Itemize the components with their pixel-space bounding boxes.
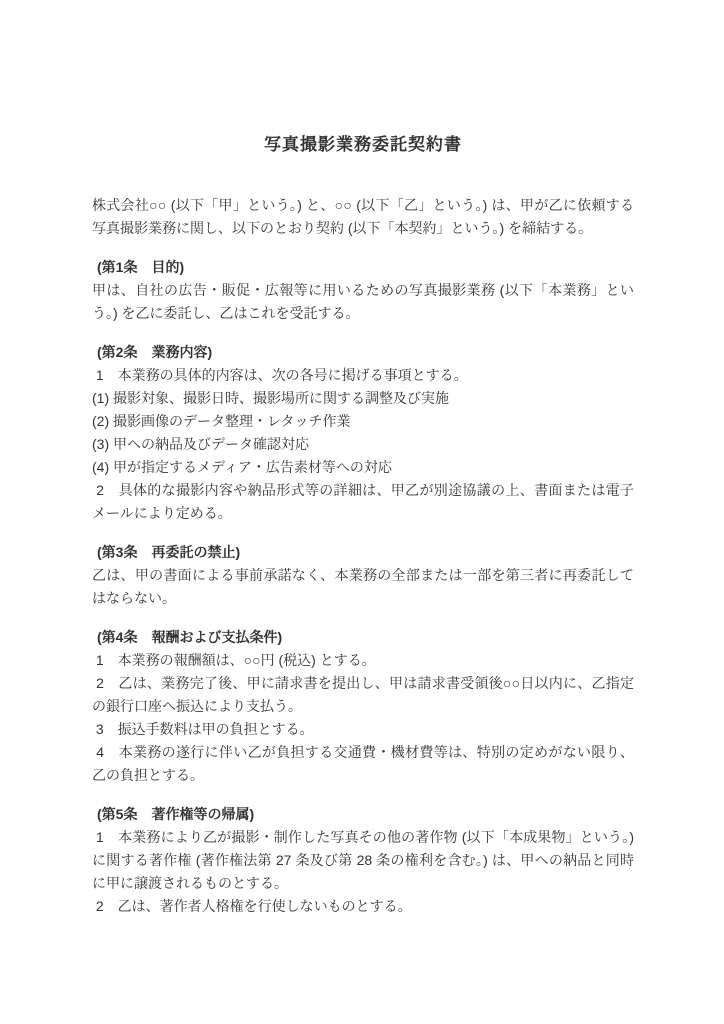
article-4-heading: (第4条 報酬および支払条件): [92, 626, 634, 649]
article-5-clause-2: 2 乙は、著作者人格権を行使しないものとする。: [92, 895, 634, 918]
article-2-clause-1: 1 本業務の具体的内容は、次の各号に掲げる事項とする。: [92, 364, 634, 387]
document-title: 写真撮影業務委託契約書: [92, 132, 634, 158]
article-2-item-1: (1) 撮影対象、撮影日時、撮影場所に関する調整及び実施: [92, 387, 634, 410]
article-5-heading: (第5条 著作権等の帰属): [92, 803, 634, 826]
article-2-clause-2: 2 具体的な撮影内容や納品形式等の詳細は、甲乙が別途協議の上、書面または電子メー…: [92, 479, 634, 525]
article-2-heading: (第2条 業務内容): [92, 341, 634, 364]
article-5: (第5条 著作権等の帰属) 1 本業務により乙が撮影・制作した写真その他の著作物…: [92, 803, 634, 918]
article-5-clause-1: 1 本業務により乙が撮影・制作した写真その他の著作物 (以下「本成果物」という。…: [92, 826, 634, 895]
article-4-clause-1: 1 本業務の報酬額は、○○円 (税込) とする。: [92, 649, 634, 672]
article-1-paragraph: 甲は、自社の広告・販促・広報等に用いるための写真撮影業務 (以下「本業務」という…: [92, 279, 634, 325]
article-3-heading: (第3条 再委託の禁止): [92, 541, 634, 564]
article-4: (第4条 報酬および支払条件) 1 本業務の報酬額は、○○円 (税込) とする。…: [92, 626, 634, 787]
article-4-clause-3: 3 振込手数料は甲の負担とする。: [92, 718, 634, 741]
article-1-heading: (第1条 目的): [92, 256, 634, 279]
article-2: (第2条 業務内容) 1 本業務の具体的内容は、次の各号に掲げる事項とする。 (…: [92, 341, 634, 525]
contract-document-page: 写真撮影業務委託契約書 株式会社○○ (以下「甲」という。) と、○○ (以下「…: [0, 0, 724, 1024]
article-2-item-4: (4) 甲が指定するメディア・広告素材等への対応: [92, 456, 634, 479]
article-2-item-2: (2) 撮影画像のデータ整理・レタッチ作業: [92, 410, 634, 433]
article-4-clause-2: 2 乙は、業務完了後、甲に請求書を提出し、甲は請求書受領後○○日以内に、乙指定の…: [92, 672, 634, 718]
article-3: (第3条 再委託の禁止) 乙は、甲の書面による事前承諾なく、本業務の全部または一…: [92, 541, 634, 610]
intro-paragraph: 株式会社○○ (以下「甲」という。) と、○○ (以下「乙」という。) は、甲が…: [92, 194, 634, 240]
article-1: (第1条 目的) 甲は、自社の広告・販促・広報等に用いるための写真撮影業務 (以…: [92, 256, 634, 325]
article-4-clause-4: 4 本業務の遂行に伴い乙が負担する交通費・機材費等は、特別の定めがない限り、乙の…: [92, 741, 634, 787]
article-2-item-3: (3) 甲への納品及びデータ確認対応: [92, 433, 634, 456]
article-3-paragraph: 乙は、甲の書面による事前承諾なく、本業務の全部または一部を第三者に再委託してはな…: [92, 564, 634, 610]
